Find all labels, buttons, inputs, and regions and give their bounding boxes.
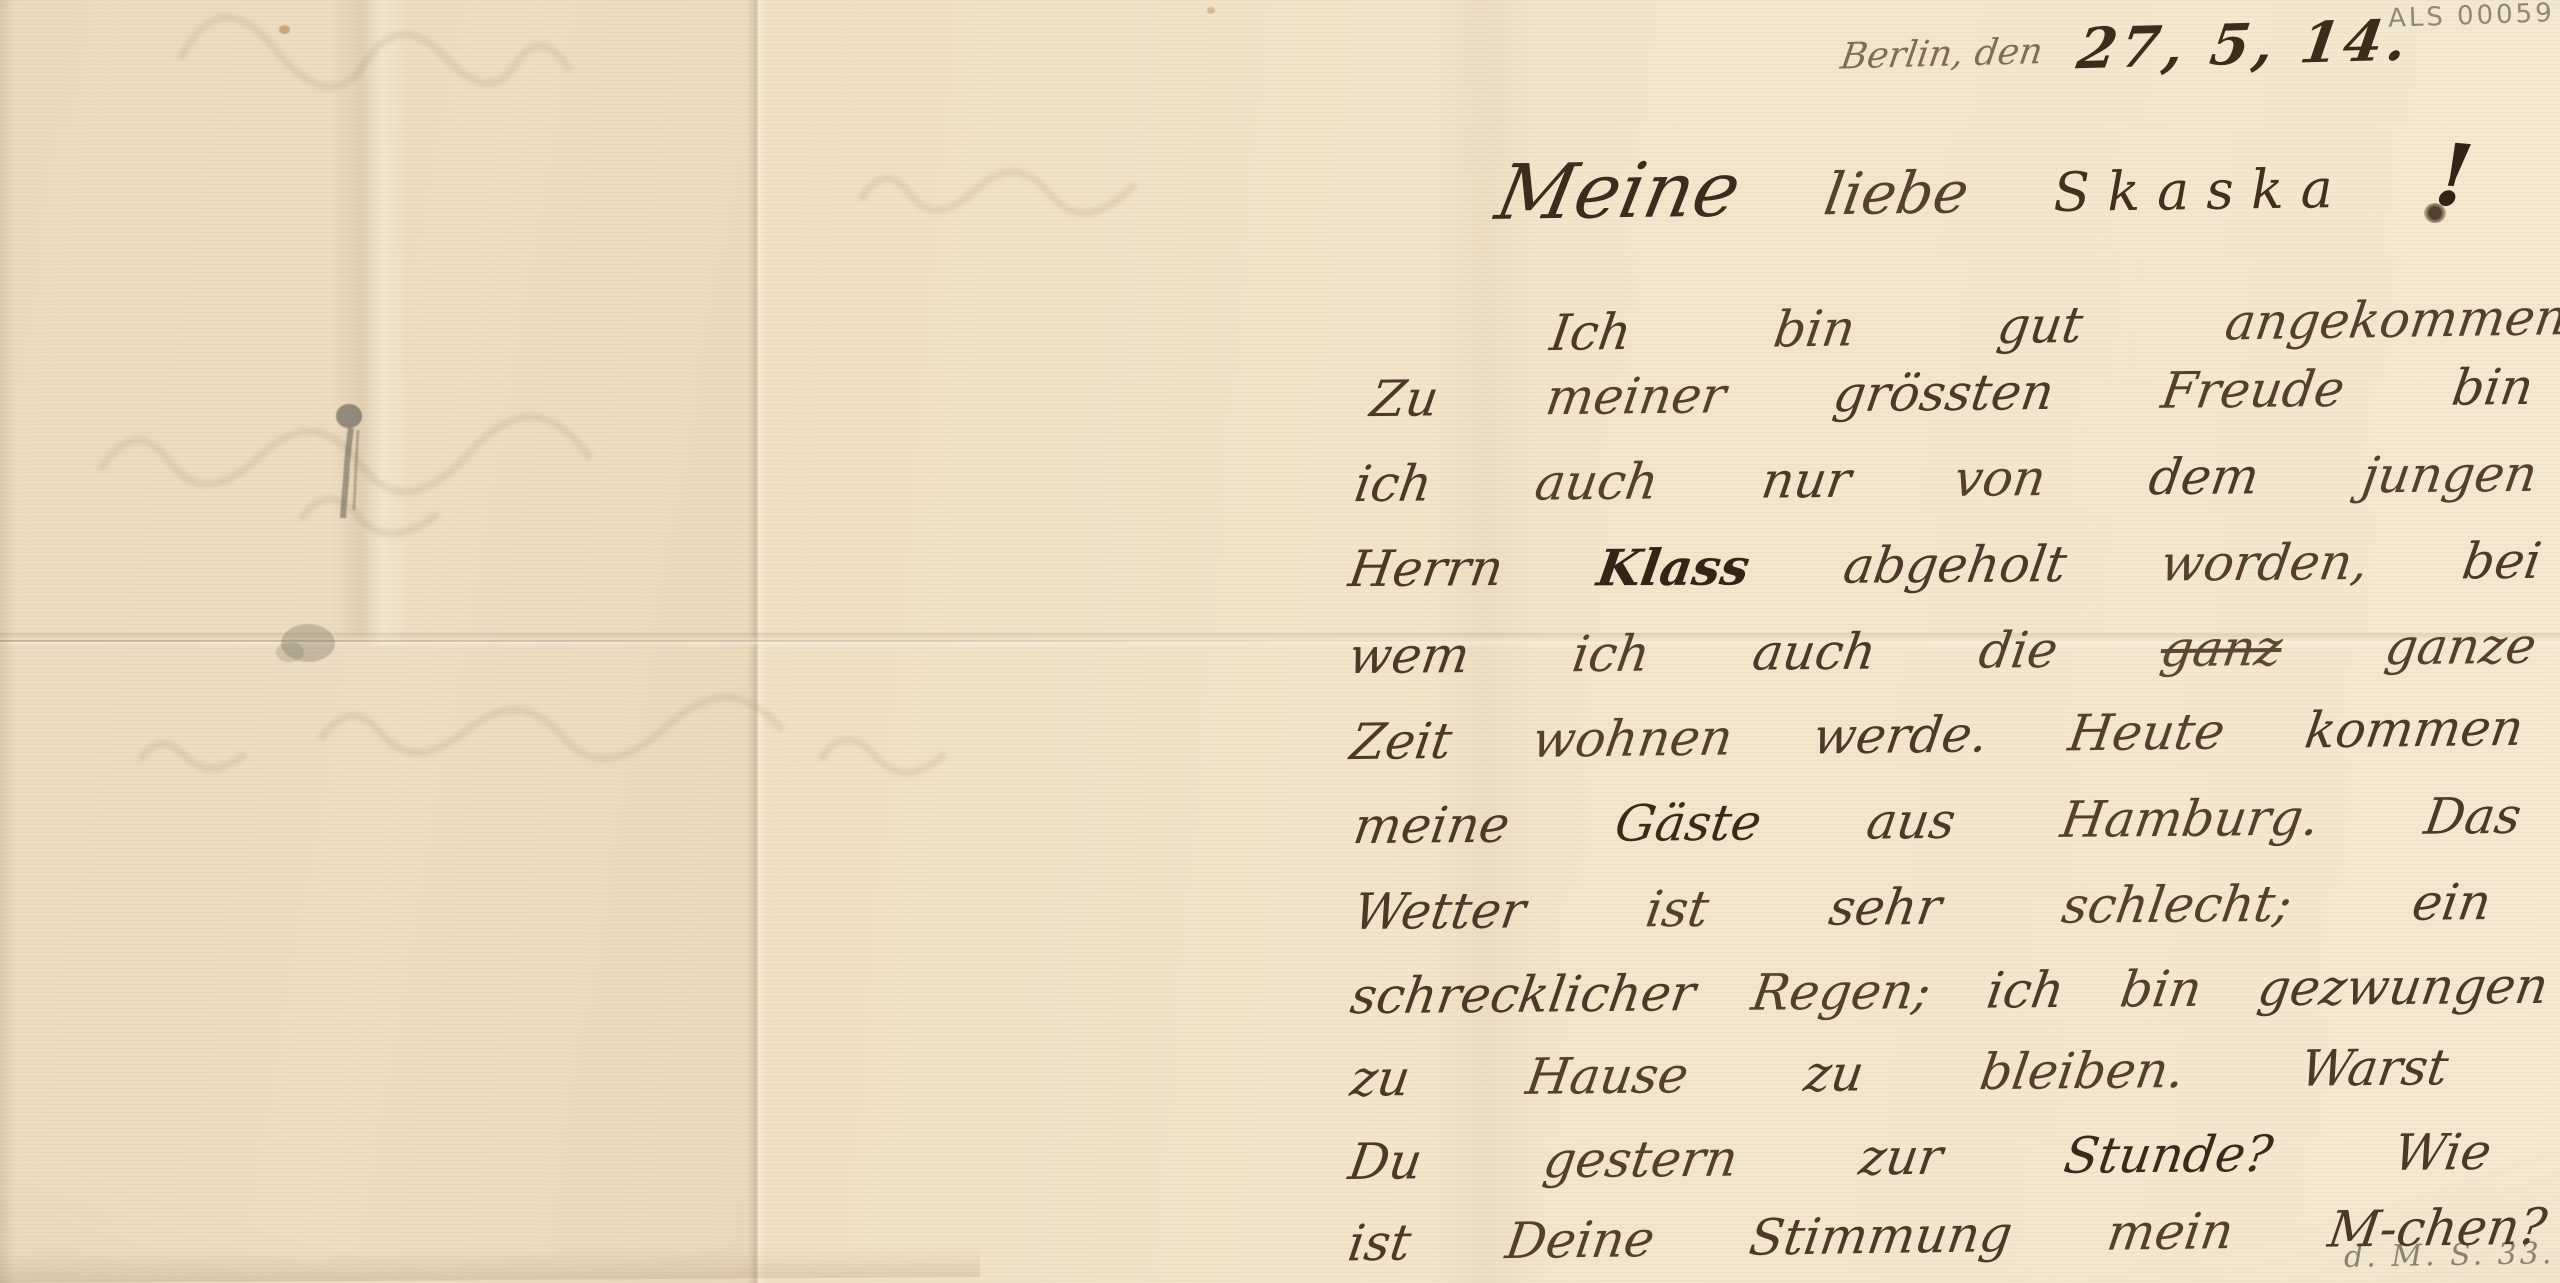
vertical-crease-left bbox=[330, 0, 410, 645]
word: aus bbox=[1863, 792, 1959, 851]
word: bleiben. bbox=[1976, 1041, 2188, 1101]
body-line-4: HerrnKlassabgeholtworden,bei bbox=[1345, 532, 2545, 599]
dateline-date: 27, 5, 14. bbox=[2073, 7, 2415, 82]
word: dem bbox=[2145, 447, 2263, 506]
body-line-9: schrecklicherRegen;ichbingezwungen bbox=[1347, 957, 2552, 1025]
word: ist bbox=[1345, 1213, 1415, 1272]
word: angekommen. bbox=[2222, 288, 2560, 352]
word: Gäste bbox=[1611, 794, 1765, 853]
word: ich bbox=[1569, 625, 1654, 684]
word: ich bbox=[1351, 454, 1436, 513]
word: Du bbox=[1345, 1132, 1426, 1191]
word: schlecht; bbox=[2058, 875, 2296, 935]
word: nur bbox=[1758, 451, 1855, 510]
word: Zeit bbox=[1347, 712, 1456, 771]
word: gezwungen bbox=[2254, 957, 2552, 1018]
word: bin bbox=[2448, 358, 2537, 417]
word: jungen bbox=[2358, 445, 2541, 505]
salutation-name: Skaska bbox=[2053, 157, 2350, 224]
word: Stunde? bbox=[2060, 1125, 2276, 1185]
word: wem bbox=[1345, 626, 1474, 685]
word: bin bbox=[1770, 299, 1859, 358]
dateline-place: Berlin, den bbox=[1838, 17, 2048, 78]
word: ein bbox=[2408, 873, 2495, 932]
word: Freude bbox=[2158, 360, 2349, 420]
word: Warst bbox=[2297, 1038, 2452, 1098]
letter-scan: ALS 00059 d. M. S. 33. Berlin, den 27, 5… bbox=[0, 0, 2560, 1283]
word: Herrn bbox=[1345, 539, 1507, 599]
foxing-spot bbox=[279, 25, 290, 34]
word: Zu bbox=[1367, 369, 1443, 428]
word: wohnen bbox=[1529, 708, 1737, 768]
word: M-chen? bbox=[2325, 1198, 2551, 1259]
word: ich bbox=[1983, 961, 2068, 1020]
body-line-10: zuHausezubleiben.Warst bbox=[1347, 1038, 2452, 1107]
word: Heute bbox=[2065, 702, 2229, 762]
salutation-exclamation: ! bbox=[2431, 124, 2478, 228]
body-line-8: Wetteristsehrschlecht;ein bbox=[1350, 873, 2495, 941]
paper-edge-left bbox=[0, 0, 14, 1283]
word: bei bbox=[2458, 532, 2545, 592]
word: Ich bbox=[1547, 303, 1635, 362]
word: kommen bbox=[2301, 699, 2527, 760]
word: worden, bbox=[2157, 533, 2373, 593]
word: ist bbox=[1642, 880, 1713, 939]
word: zu bbox=[1801, 1044, 1868, 1103]
body-line-5: wemichauchdieganzganze bbox=[1345, 617, 2540, 685]
word: auch bbox=[1531, 453, 1662, 512]
word: zu bbox=[1347, 1049, 1414, 1108]
word: ganz bbox=[2157, 619, 2286, 678]
word: gestern bbox=[1540, 1130, 1742, 1190]
body-line-11: DugesternzurStunde?Wie bbox=[1345, 1123, 2495, 1191]
word: Hamburg. bbox=[2057, 789, 2323, 849]
word: Klass bbox=[1593, 537, 1753, 597]
salutation: Meine liebe Skaska ! bbox=[1497, 125, 2473, 240]
horizontal-fold-line bbox=[0, 640, 1500, 642]
word: gut bbox=[1994, 296, 2087, 355]
paper-edge-bottom bbox=[0, 1246, 980, 1283]
word: Deine bbox=[1502, 1210, 1658, 1270]
word: Das bbox=[2421, 787, 2525, 846]
word: bin bbox=[2117, 960, 2206, 1019]
word: Regen; bbox=[1748, 962, 1935, 1022]
word: Wetter bbox=[1350, 881, 1530, 940]
body-line-3: ichauchnurvondemjungen bbox=[1351, 445, 2541, 513]
word: von bbox=[1950, 449, 2049, 508]
word: ganze bbox=[2381, 617, 2540, 676]
salutation-word: Meine bbox=[1489, 144, 1748, 237]
word: grössten bbox=[1830, 363, 2058, 423]
word: werde. bbox=[1809, 705, 1992, 765]
word: meine bbox=[1350, 796, 1514, 855]
foxing-spot bbox=[1207, 7, 1215, 14]
word: mein bbox=[2103, 1202, 2237, 1262]
word: schrecklicher bbox=[1347, 964, 1699, 1025]
word: meiner bbox=[1542, 366, 1730, 426]
word: zur bbox=[1855, 1128, 1946, 1187]
word: Hause bbox=[1522, 1046, 1692, 1106]
word: die bbox=[1975, 621, 2061, 680]
word: Stimmung bbox=[1746, 1205, 2017, 1267]
word: Wie bbox=[2390, 1123, 2495, 1182]
word: auch bbox=[1749, 623, 1880, 682]
word: sehr bbox=[1825, 878, 1945, 937]
salutation-word: liebe bbox=[1819, 158, 1973, 228]
body-line-7: meineGästeausHamburg.Das bbox=[1350, 787, 2525, 855]
word: abgeholt bbox=[1840, 535, 2071, 596]
body-line-2: ZumeinergrösstenFreudebin bbox=[1367, 358, 2537, 428]
